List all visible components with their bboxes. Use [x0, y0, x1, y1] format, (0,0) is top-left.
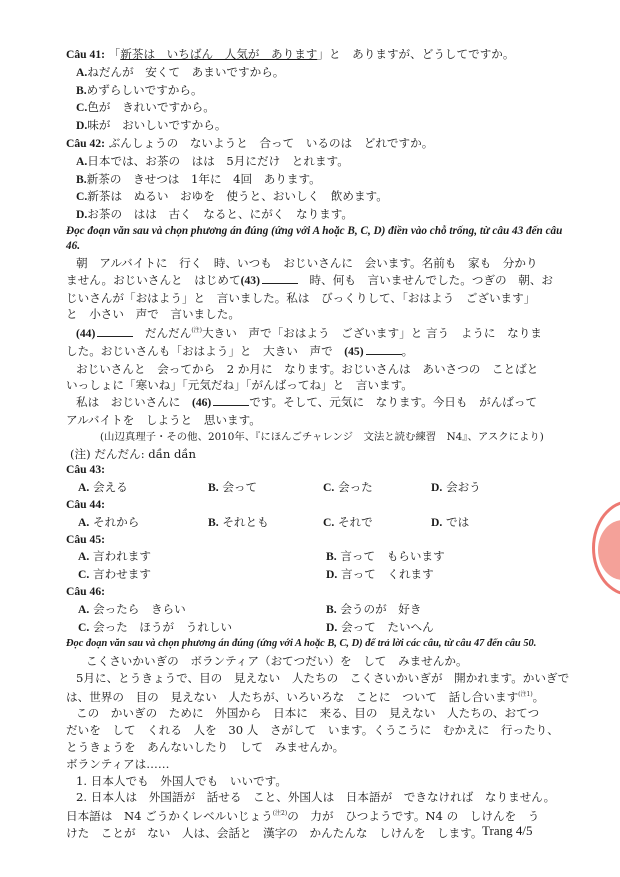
question-46: Câu 46: [66, 584, 576, 601]
question-43: Câu 43: [66, 462, 576, 479]
option-a[interactable]: A. 会える [78, 479, 208, 497]
reading-passage-1: 朝 アルバイトに 行く 時、いつも おじいさんに 会います。名前も 家も 分かり… [66, 255, 576, 462]
question-41: Câu 41: 「新茶は いちばん 人気が あります」と ありますが、どうしてで… [66, 46, 576, 64]
citation: (山辺真理子・その他、2010年、『にほんごチャレンジ 文法と読む練習 N4』、… [66, 429, 576, 446]
options-45: A. 言われます B. 言って もらいます C. 言わせます D. 言って くれ… [66, 548, 576, 584]
underlined-phrase: 新茶は いちばん 人気が あります [120, 47, 317, 61]
question-42: Câu 42: ぶんしょうの ないようと 合って いるのは どれですか。 [66, 135, 576, 153]
list-item: 1. 日本人でも 外国人でも いいです。 [66, 773, 576, 790]
option-b[interactable]: B. それとも [208, 514, 323, 532]
option-a[interactable]: A. 言われます [78, 548, 326, 566]
options-46: A. 会ったら きらい B. 会うのが 好き C. 会った ほうが うれしい D… [66, 601, 576, 637]
question-label: Câu 41: [66, 48, 105, 61]
question-label: Câu 42: [66, 137, 105, 150]
blank-46: (46) [192, 396, 211, 409]
question-44: Câu 44: [66, 497, 576, 514]
option-b[interactable]: B. 会うのが 好き [326, 601, 546, 619]
reading-passage-2: こくさいかいぎの ボランティア（おてつだい）を して みませんか。 5月に、とう… [66, 653, 576, 841]
blank-45: (45) [344, 345, 363, 358]
options-44: A. それから B. それとも C. それで D. では [66, 514, 576, 532]
options-43: A. 会える B. 会って C. 会った D. 会おう [66, 479, 576, 497]
option-c[interactable]: C.色が きれいですから。 [66, 99, 576, 117]
option-c[interactable]: C. それで [323, 514, 431, 532]
option-b[interactable]: B.新茶の きせつは 1年に 4回 あります。 [66, 171, 576, 189]
option-d[interactable]: D. 会って たいへん [326, 619, 546, 637]
option-a[interactable]: A.ねだんが 安くて あまいですから。 [66, 64, 576, 82]
footnote: (注) だんだん: dần dần [66, 446, 576, 463]
option-c[interactable]: C.新茶は ぬるい おゆを 使うと、おいしく 飲めます。 [66, 188, 576, 206]
option-a[interactable]: A. それから [78, 514, 208, 532]
option-d[interactable]: D. では [431, 514, 551, 532]
option-d[interactable]: D. 言って くれます [326, 566, 546, 584]
option-b[interactable]: B. 言って もらいます [326, 548, 546, 566]
option-c[interactable]: C. 会った [323, 479, 431, 497]
blank-44: (44) [76, 327, 95, 340]
question-45: Câu 45: [66, 532, 576, 549]
option-d[interactable]: D.お茶の はは 古く なると、にがく なります。 [66, 206, 576, 224]
passage-title: こくさいかいぎの ボランティア（おてつだい）を して みませんか。 [66, 653, 576, 670]
option-d[interactable]: D.味が おいしいですから。 [66, 117, 576, 135]
exam-page: Câu 41: 「新茶は いちばん 人気が あります」と ありますが、どうしてで… [66, 46, 576, 842]
section-instruction: Đọc đoạn văn sau và chọn phương án đúng … [66, 224, 576, 255]
option-d[interactable]: D. 会おう [431, 479, 551, 497]
option-b[interactable]: B.めずらしいですから。 [66, 82, 576, 100]
blank-43: (43) [241, 274, 260, 287]
option-c[interactable]: C. 会った ほうが うれしい [78, 619, 326, 637]
section-instruction: Đọc đoạn văn sau và chọn phương án đúng … [66, 636, 576, 653]
option-c[interactable]: C. 言わせます [78, 566, 326, 584]
list-item: 2. 日本人は 外国語が 話せる こと、外国人は 日本語が できなければ なりま… [66, 789, 576, 806]
option-a[interactable]: A. 会ったら きらい [78, 601, 326, 619]
option-b[interactable]: B. 会って [208, 479, 323, 497]
page-number: Trang 4/5 [482, 823, 532, 839]
option-a[interactable]: A.日本では、お茶の はは 5月にだけ とれます。 [66, 153, 576, 171]
